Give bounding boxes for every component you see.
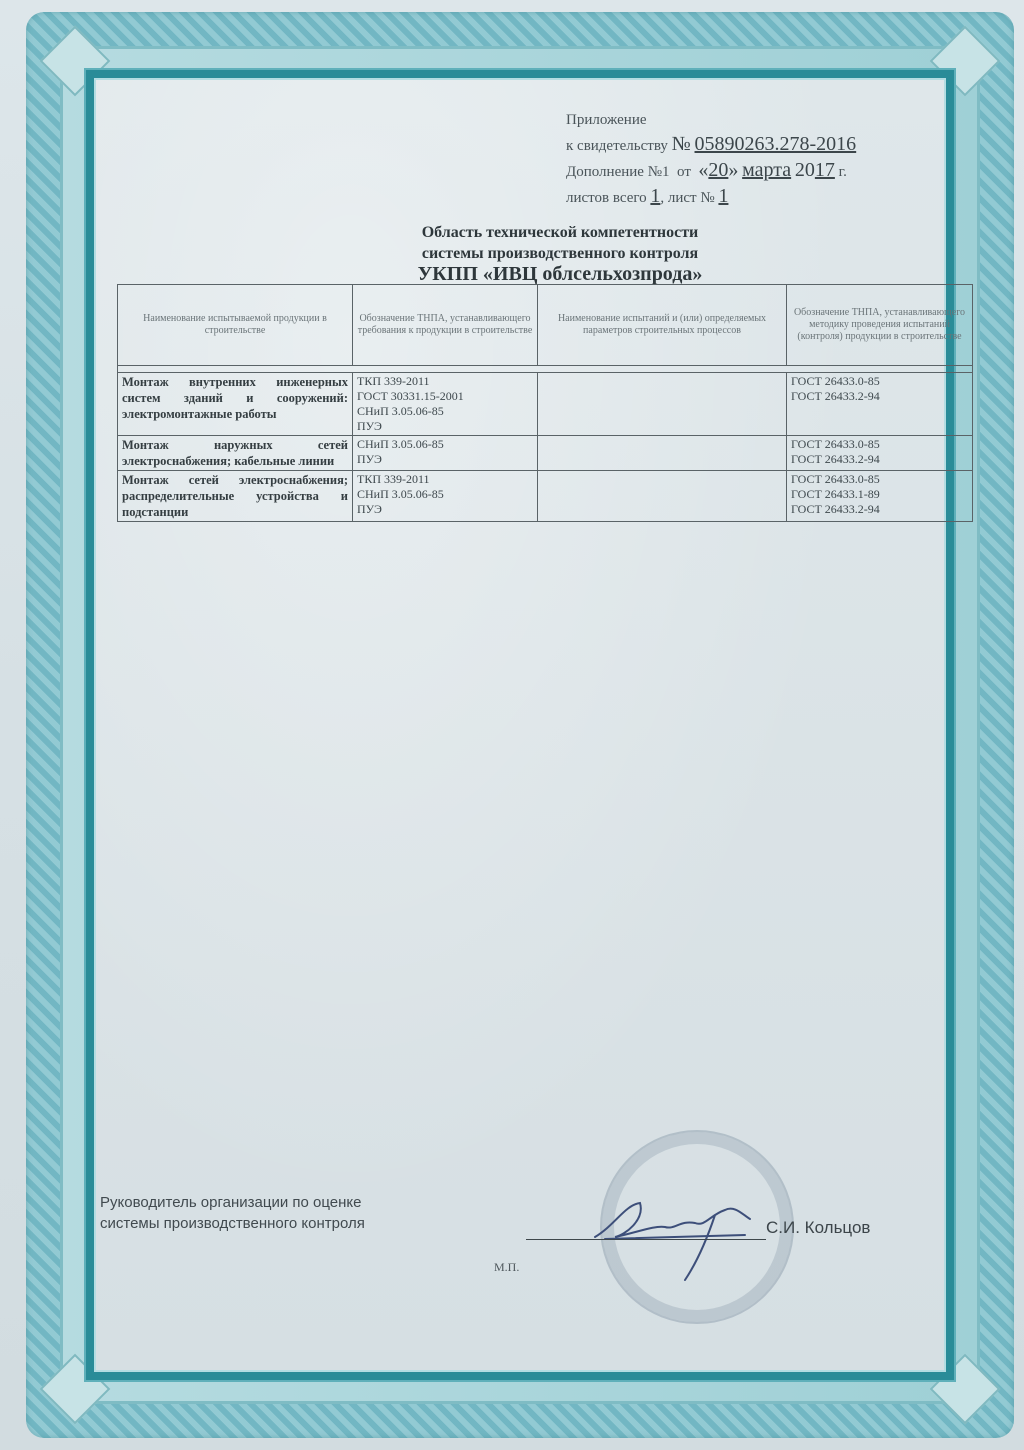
sheets-info: листов всего 1, лист № 1 bbox=[566, 184, 926, 210]
table-header-row: Наименование испытываемой продукции в ст… bbox=[118, 285, 973, 366]
method-item: ГОСТ 26433.1-89 bbox=[791, 487, 968, 502]
tnpa-item: ПУЭ bbox=[357, 419, 533, 434]
params-cell bbox=[538, 471, 787, 522]
sheets-total: 1 bbox=[650, 185, 660, 207]
tnpa-cell: ТКП 339-2011СНиП 3.05.06-85ПУЭ bbox=[353, 471, 538, 522]
signatory-position: Руководитель организации по оценке систе… bbox=[100, 1192, 365, 1234]
params-cell bbox=[538, 373, 787, 436]
addendum-from: от bbox=[677, 164, 691, 180]
tnpa-item: СНиП 3.05.06-85 bbox=[357, 437, 533, 452]
product-cell: Монтаж сетей электроснабжения; распредел… bbox=[118, 471, 353, 522]
header-tnpa-requirements: Обозначение ТНПА, устанавливающего требо… bbox=[353, 285, 538, 366]
signer-name: С.И. Кольцов bbox=[766, 1218, 870, 1238]
methods-cell: ГОСТ 26433.0-85ГОСТ 26433.1-89ГОСТ 26433… bbox=[787, 471, 973, 522]
addendum-year-unit: г. bbox=[839, 164, 847, 180]
tnpa-cell: ТКП 339-2011ГОСТ 30331.15-2001СНиП 3.05.… bbox=[353, 373, 538, 436]
competence-table: Наименование испытываемой продукции в ст… bbox=[117, 284, 973, 522]
addendum-prefix: Дополнение №1 bbox=[566, 164, 670, 180]
addendum-year-suffix: 17 bbox=[815, 159, 835, 181]
methods-cell: ГОСТ 26433.0-85ГОСТ 26433.2-94 bbox=[787, 373, 973, 436]
product-cell: Монтаж наружных сетей электроснабжения; … bbox=[118, 436, 353, 471]
appendix-label: Приложение bbox=[566, 108, 926, 132]
certificate-sheet: Приложение к свидетельству № 05890263.27… bbox=[0, 0, 1024, 1450]
sheet-label: лист № bbox=[668, 190, 715, 206]
handwritten-signature bbox=[585, 1175, 755, 1285]
tnpa-item: ГОСТ 30331.15-2001 bbox=[357, 389, 533, 404]
header-spacer bbox=[118, 366, 973, 373]
table-row: Монтаж внутренних инженерных систем здан… bbox=[118, 373, 973, 436]
tnpa-item: СНиП 3.05.06-85 bbox=[357, 404, 533, 419]
addendum-year-prefix: 20 bbox=[795, 159, 815, 181]
position-line-2: системы производственного контроля bbox=[100, 1213, 365, 1234]
tnpa-item: ТКП 339-2011 bbox=[357, 472, 533, 487]
sheet-number: 1 bbox=[718, 185, 728, 207]
addendum-month: марта bbox=[742, 159, 791, 181]
tnpa-item: СНиП 3.05.06-85 bbox=[357, 487, 533, 502]
tnpa-item: ПУЭ bbox=[357, 502, 533, 517]
table-row: Монтаж наружных сетей электроснабжения; … bbox=[118, 436, 973, 471]
header-tnpa-methods: Обозначение ТНПА, устанавливающего метод… bbox=[787, 285, 973, 366]
certificate-prefix: к свидетельству bbox=[566, 138, 668, 154]
method-item: ГОСТ 26433.0-85 bbox=[791, 374, 968, 389]
signature-line bbox=[526, 1239, 766, 1240]
organization-name: УКПП «ИВЦ облсельхозпрода» bbox=[340, 264, 780, 285]
method-item: ГОСТ 26433.2-94 bbox=[791, 389, 968, 404]
sheets-total-label: листов всего bbox=[566, 190, 647, 206]
tnpa-cell: СНиП 3.05.06-85ПУЭ bbox=[353, 436, 538, 471]
number-sign: № bbox=[672, 133, 691, 155]
tnpa-item: ТКП 339-2011 bbox=[357, 374, 533, 389]
appendix-header: Приложение к свидетельству № 05890263.27… bbox=[566, 108, 926, 210]
method-item: ГОСТ 26433.0-85 bbox=[791, 437, 968, 452]
methods-cell: ГОСТ 26433.0-85ГОСТ 26433.2-94 bbox=[787, 436, 973, 471]
params-cell bbox=[538, 436, 787, 471]
header-test-parameters: Наименование испытаний и (или) определяе… bbox=[538, 285, 787, 366]
table-row: Монтаж сетей электроснабжения; распредел… bbox=[118, 471, 973, 522]
certificate-reference: к свидетельству № 05890263.278-2016 bbox=[566, 132, 926, 158]
certificate-number: 05890263.278-2016 bbox=[695, 133, 857, 155]
tnpa-item: ПУЭ bbox=[357, 452, 533, 467]
position-line-1: Руководитель организации по оценке bbox=[100, 1192, 365, 1213]
product-cell: Монтаж внутренних инженерных систем здан… bbox=[118, 373, 353, 436]
stamp-place-label: М.П. bbox=[494, 1260, 519, 1275]
table-body: Монтаж внутренних инженерных систем здан… bbox=[118, 366, 973, 522]
title-line-2: системы производственного контроля bbox=[340, 243, 780, 264]
addendum-date: Дополнение №1 от «20» марта 2017 г. bbox=[566, 158, 926, 184]
title-line-1: Область технической компетентности bbox=[340, 222, 780, 243]
method-item: ГОСТ 26433.0-85 bbox=[791, 472, 968, 487]
header-product: Наименование испытываемой продукции в ст… bbox=[118, 285, 353, 366]
addendum-day: 20 bbox=[708, 159, 728, 181]
method-item: ГОСТ 26433.2-94 bbox=[791, 452, 968, 467]
document-title: Область технической компетентности систе… bbox=[340, 222, 780, 285]
method-item: ГОСТ 26433.2-94 bbox=[791, 502, 968, 517]
